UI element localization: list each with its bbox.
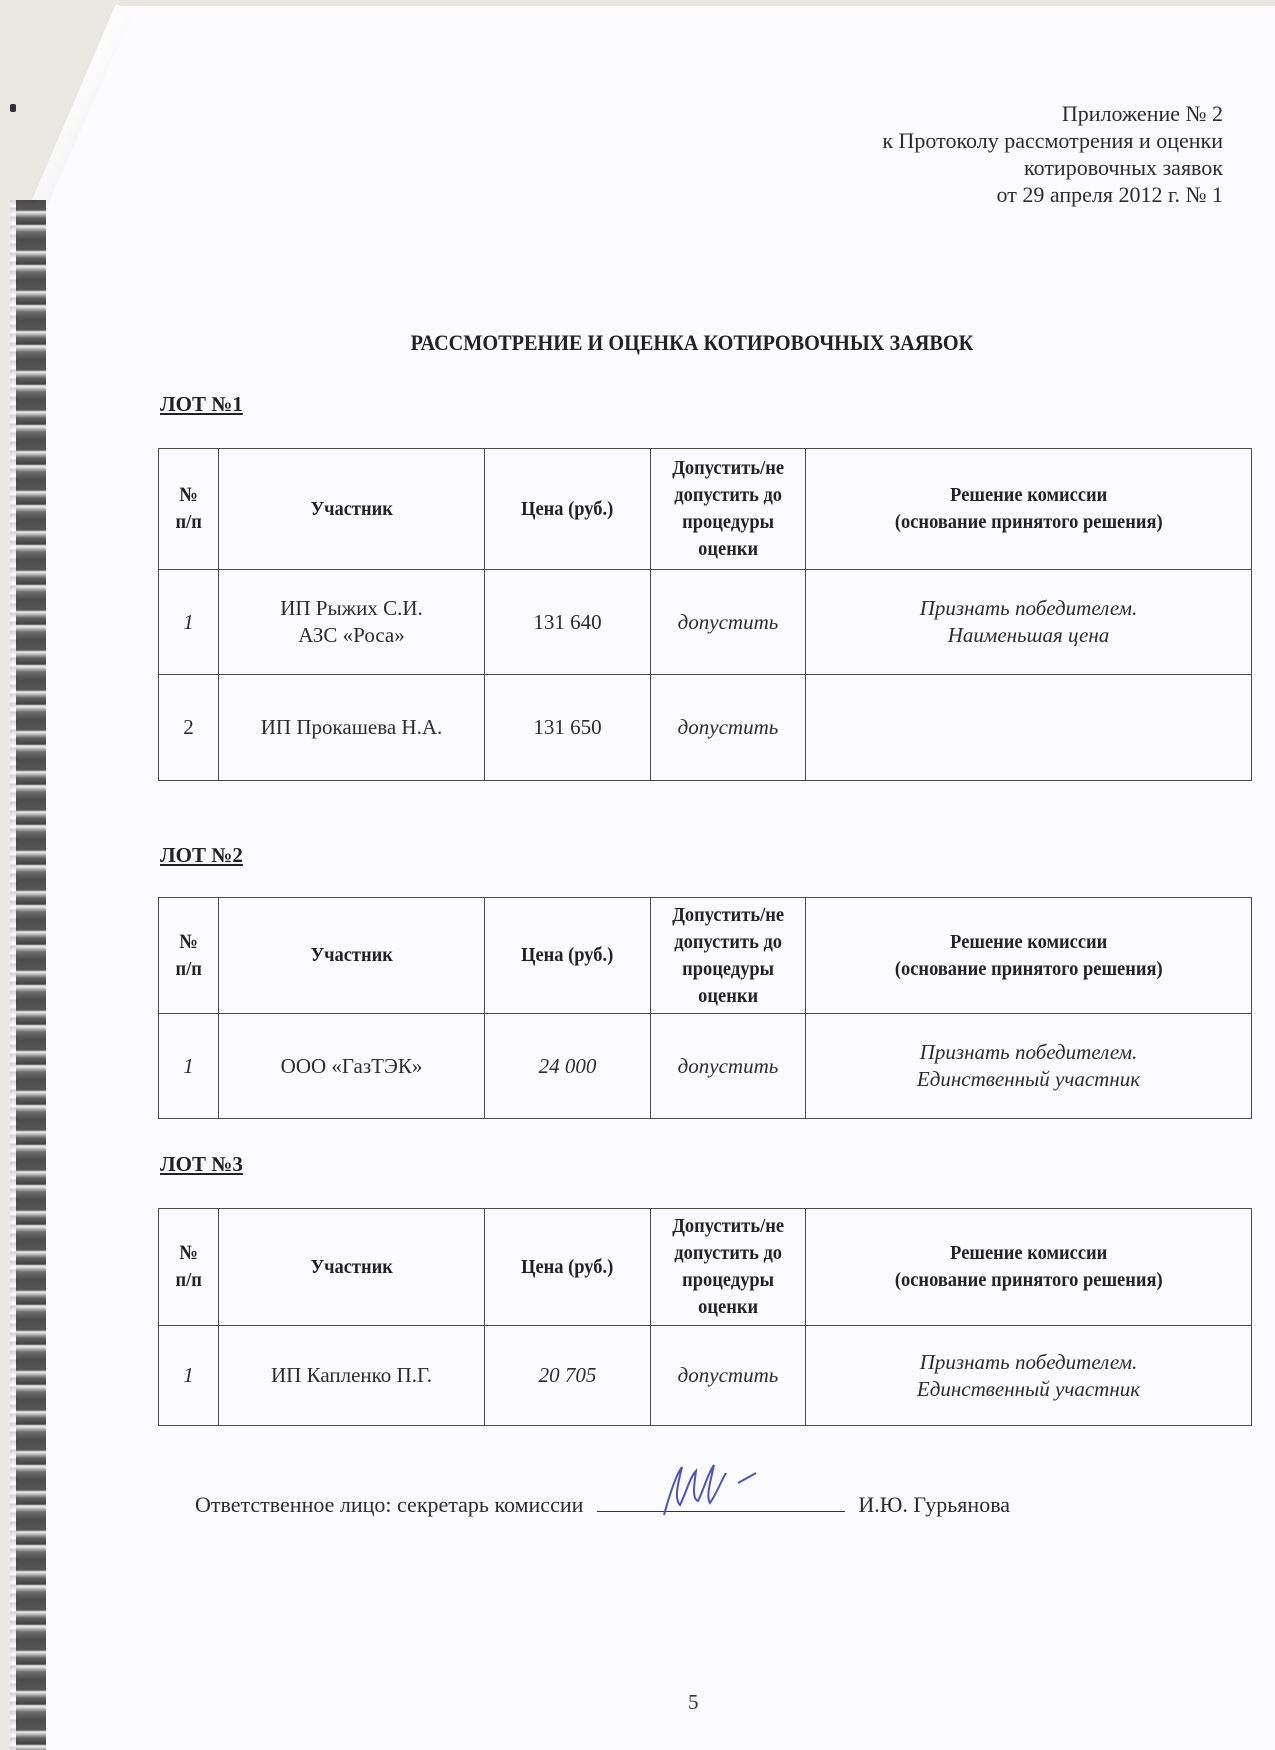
header-admit: Допустить/недопустить допроцедурыоценки: [651, 449, 806, 570]
cell-num: 1: [159, 570, 219, 675]
header-decision: Решение комиссии(основание принятого реш…: [806, 898, 1252, 1014]
lot-3-table: №п/п Участник Цена (руб.) Допустить/недо…: [158, 1208, 1252, 1426]
header-participant: Участник: [219, 898, 485, 1014]
document-page: [12, 6, 1275, 1750]
header-price: Цена (руб.): [485, 449, 651, 570]
cell-participant: ООО «ГазТЭК»: [219, 1014, 485, 1119]
header-decision: Решение комиссии(основание принятого реш…: [806, 449, 1252, 570]
header-participant: Участник: [219, 449, 485, 570]
header-participant: Участник: [219, 1209, 485, 1326]
table-header-row: №п/п Участник Цена (руб.) Допустить/недо…: [159, 1209, 1252, 1326]
cell-decision: Признать победителем.Единственный участн…: [806, 1326, 1252, 1426]
table-row: 1 ИП Рыжих С.И.АЗС «Роса» 131 640 допуст…: [159, 570, 1252, 675]
cell-decision: [806, 675, 1252, 781]
header-admit: Допустить/недопустить допроцедурыоценки: [651, 1209, 806, 1326]
page-number: 5: [688, 1690, 699, 1715]
signatory-name: И.Ю. Гурьянова: [858, 1492, 1010, 1517]
table-header-row: №п/п Участник Цена (руб.) Допустить/недо…: [159, 449, 1252, 570]
header-decision: Решение комиссии(основание принятого реш…: [806, 1209, 1252, 1326]
table-row: 2 ИП Прокашева Н.А. 131 650 допустить: [159, 675, 1252, 781]
handwritten-signature-icon: [652, 1453, 772, 1523]
cell-participant: ИП Прокашева Н.А.: [219, 675, 485, 781]
appendix-line: к Протоколу рассмотрения и оценки: [882, 127, 1223, 154]
appendix-line: котировочных заявок: [882, 154, 1223, 181]
cell-num: 1: [159, 1014, 219, 1119]
appendix-line: Приложение № 2: [882, 100, 1223, 127]
cell-participant: ИП Рыжих С.И.АЗС «Роса»: [219, 570, 485, 675]
header-price: Цена (руб.): [485, 1209, 651, 1326]
scan-mark: [10, 104, 16, 112]
lot-3-label: ЛОТ №3: [160, 1152, 243, 1177]
lot-1-label: ЛОТ №1: [160, 392, 243, 417]
header-price: Цена (руб.): [485, 898, 651, 1014]
page-title: РАССМОТРЕНИЕ И ОЦЕНКА КОТИРОВОЧНЫХ ЗАЯВО…: [368, 330, 1016, 356]
cell-admit: допустить: [651, 1326, 806, 1426]
cell-decision: Признать победителем.Единственный участн…: [806, 1014, 1252, 1119]
cell-price: 24 000: [485, 1014, 651, 1119]
spiral-binding: [16, 200, 46, 1750]
table-header-row: №п/п Участник Цена (руб.) Допустить/недо…: [159, 898, 1252, 1014]
cell-decision: Признать победителем.Наименьшая цена: [806, 570, 1252, 675]
cell-num: 1: [159, 1326, 219, 1426]
header-num: №п/п: [159, 1209, 219, 1326]
header-num: №п/п: [159, 449, 219, 570]
signature-label: Ответственное лицо: секретарь комиссии: [195, 1492, 583, 1517]
table-row: 1 ИП Капленко П.Г. 20 705 допустить Приз…: [159, 1326, 1252, 1426]
signature-line: [597, 1493, 845, 1512]
cell-price: 131 650: [485, 675, 651, 781]
table-row: 1 ООО «ГазТЭК» 24 000 допустить Признать…: [159, 1014, 1252, 1119]
cell-participant: ИП Капленко П.Г.: [219, 1326, 485, 1426]
appendix-header: Приложение № 2 к Протоколу рассмотрения …: [882, 100, 1223, 208]
header-num: №п/п: [159, 898, 219, 1014]
cell-price: 131 640: [485, 570, 651, 675]
signature-row: Ответственное лицо: секретарь комиссии И…: [195, 1492, 1010, 1518]
cell-num: 2: [159, 675, 219, 781]
lot-2-table: №п/п Участник Цена (руб.) Допустить/недо…: [158, 897, 1252, 1119]
cell-admit: допустить: [651, 1014, 806, 1119]
cell-price: 20 705: [485, 1326, 651, 1426]
appendix-line: от 29 апреля 2012 г. № 1: [882, 181, 1223, 208]
lot-1-table: №п/п Участник Цена (руб.) Допустить/недо…: [158, 448, 1252, 781]
cell-admit: допустить: [651, 675, 806, 781]
lot-2-label: ЛОТ №2: [160, 843, 243, 868]
header-admit: Допустить/недопустить допроцедурыоценки: [651, 898, 806, 1014]
cell-admit: допустить: [651, 570, 806, 675]
